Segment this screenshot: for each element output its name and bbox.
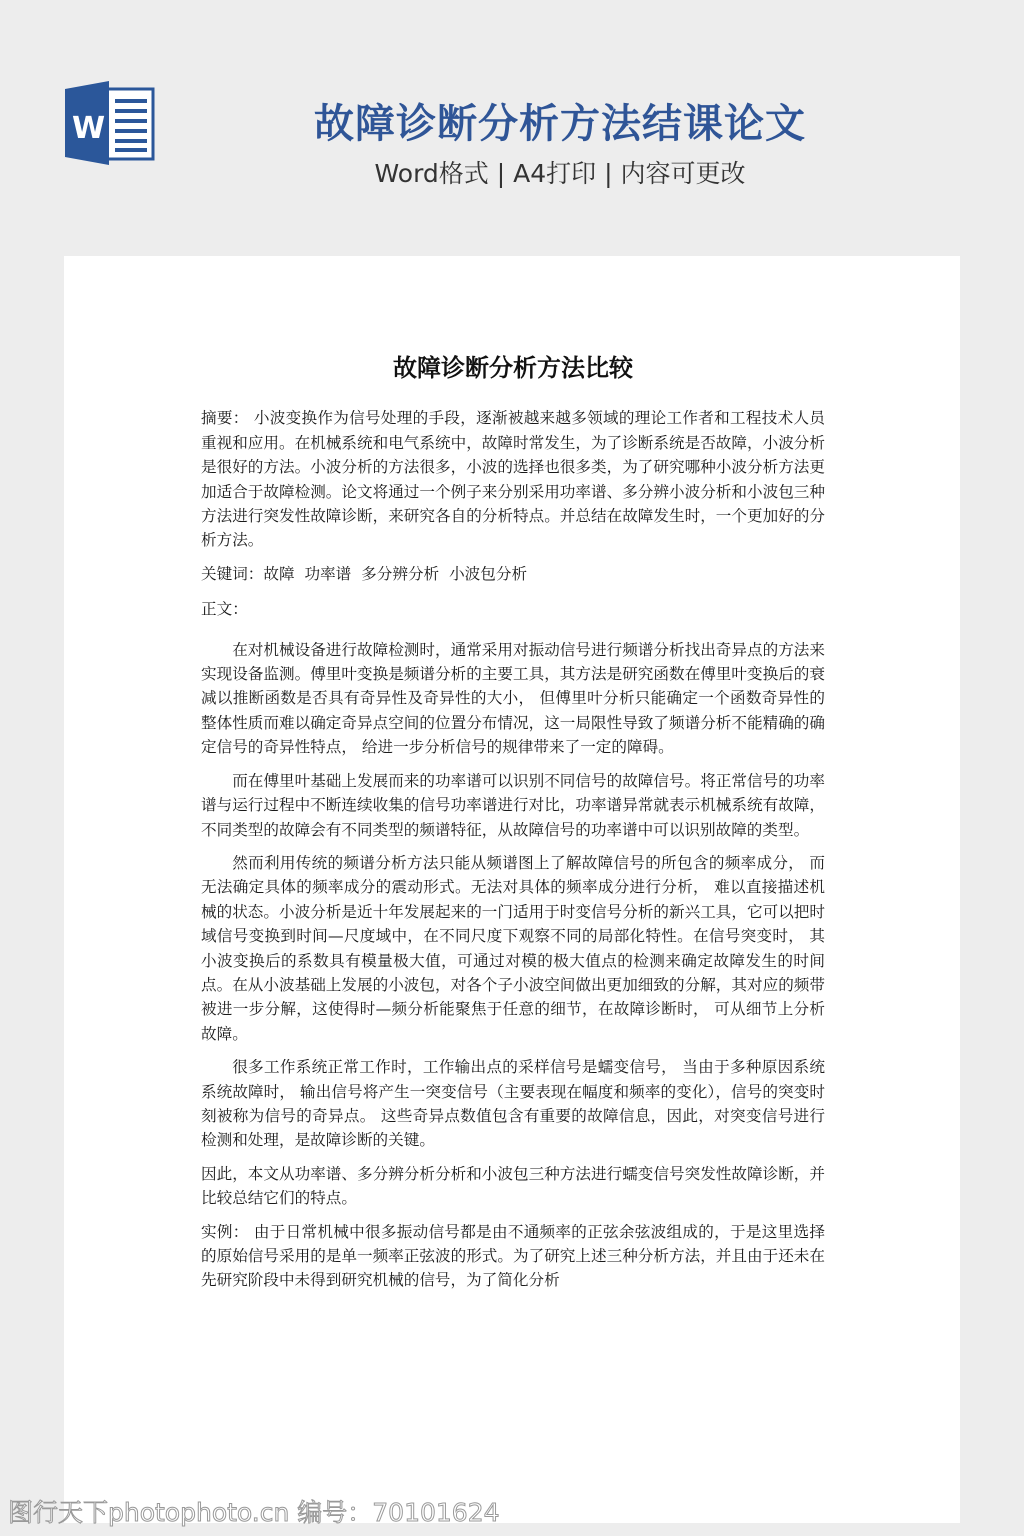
- svg-text:W: W: [72, 111, 105, 146]
- keywords-text: 故障 功率谱 多分辨分析 小波包分析: [263, 565, 527, 583]
- word-doc-icon: W: [65, 81, 157, 165]
- keywords-label: 关键词：: [201, 565, 263, 583]
- document-body: 故障诊断分析方法比较 摘要： 小波变换作为信号处理的手段，逐渐被越来越多领域的理…: [201, 356, 825, 1302]
- watermark-text: 图行天下photophoto.cn 编号：70101624: [8, 1493, 500, 1529]
- header-banner: W 故障诊断分析方法结课论文 Word格式 | A4打印 | 内容可更改: [0, 0, 1024, 256]
- body-paragraph-1: 在对机械设备进行故障检测时，通常采用对振动信号进行频谱分析找出奇异点的方法来实现…: [201, 638, 825, 760]
- example-text: 由于日常机械中很多振动信号都是由不通频率的正弦余弦波组成的，于是这里选择的原始信…: [201, 1223, 825, 1290]
- keywords-line: 关键词：故障 功率谱 多分辨分析 小波包分析: [201, 562, 825, 586]
- document-page: 故障诊断分析方法比较 摘要： 小波变换作为信号处理的手段，逐渐被越来越多领域的理…: [64, 256, 960, 1523]
- abstract-text: 小波变换作为信号处理的手段，逐渐被越来越多领域的理论工作者和工程技术人员重视和应…: [201, 409, 825, 549]
- document-title: 故障诊断分析方法比较: [201, 356, 825, 380]
- body-paragraph-3: 然而利用传统的频谱分析方法只能从频谱图上了解故障信号的所包含的频率成分， 而无法…: [201, 851, 825, 1046]
- body-paragraph-4: 很多工作系统正常工作时，工作输出点的采样信号是蠕变信号， 当由于多种原因系统系统…: [201, 1055, 825, 1153]
- banner-title: 故障诊断分析方法结课论文: [210, 92, 910, 149]
- conclusion-paragraph: 因此，本文从功率谱、多分辨分析分析和小波包三种方法进行蠕变信号突发性故障诊断，并…: [201, 1162, 825, 1211]
- body-label: 正文：: [201, 597, 825, 621]
- abstract-label: 摘要：: [201, 409, 249, 427]
- example-paragraph: 实例： 由于日常机械中很多振动信号都是由不通频率的正弦余弦波组成的，于是这里选择…: [201, 1220, 825, 1293]
- banner-subtitle: Word格式 | A4打印 | 内容可更改: [210, 154, 910, 190]
- example-label: 实例：: [201, 1223, 249, 1241]
- abstract-paragraph: 摘要： 小波变换作为信号处理的手段，逐渐被越来越多领域的理论工作者和工程技术人员…: [201, 406, 825, 552]
- body-paragraph-2: 而在傅里叶基础上发展而来的功率谱可以识别不同信号的故障信号。将正常信号的功率谱与…: [201, 769, 825, 842]
